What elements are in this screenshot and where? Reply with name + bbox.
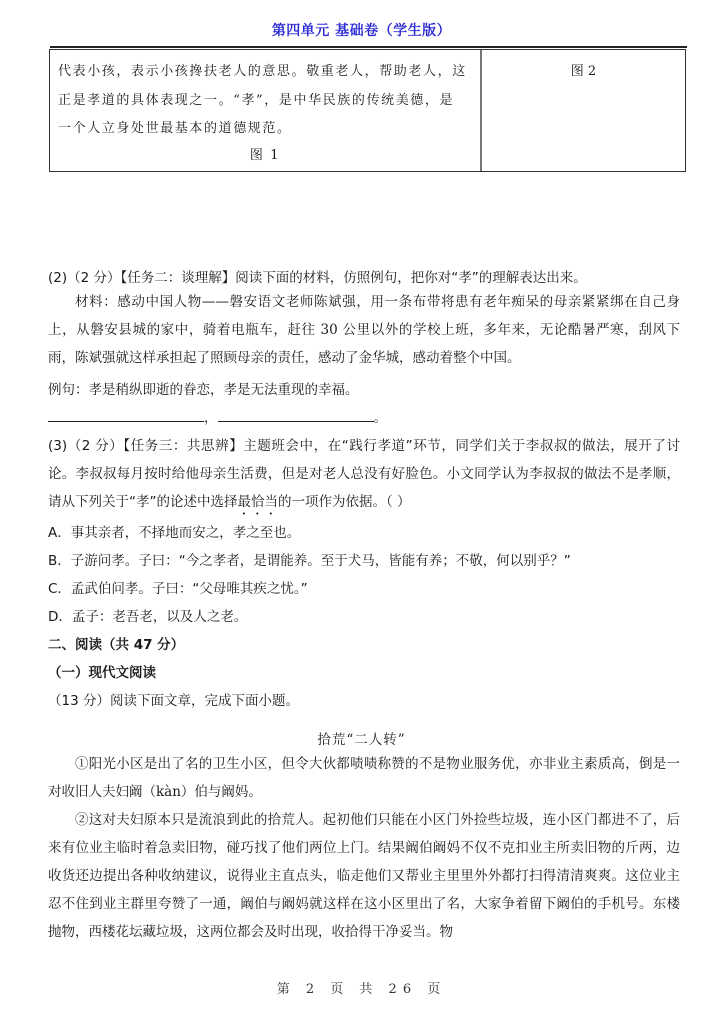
page-header-title: 第四单元 基础卷（学生版） — [0, 20, 723, 40]
section-heading: 二、阅读（共 47 分） — [48, 633, 184, 653]
answer-blank-1[interactable] — [48, 409, 204, 422]
article-paragraph-2: ②这对夫妇原本只是流浪到此的拾荒人。起初他们只能在小区门外捡些垃圾，连小区门都进… — [48, 806, 680, 946]
option-b[interactable]: B．子游问孝。子曰：“今之孝者，是谓能养。至于犬马，皆能有养；不敬，何以别乎？” — [48, 549, 571, 569]
page-footer: 第 2 页 共 26 页 — [0, 978, 723, 997]
question-3-stem: (3)（2 分）【任务三：共思辨】主题班会中，在“践行孝道”环节，同学们关于李叔… — [48, 432, 680, 518]
question-3-stem-end: 的一项作为依据。（ ） — [278, 494, 411, 510]
answer-blank-2[interactable] — [218, 409, 374, 422]
figure-1-text-line: 正是孝道的具体表现之一。“孝”，是中华民族的传统美德，是 — [58, 87, 480, 116]
figure-2-cell: 图 2 — [482, 50, 685, 171]
question-2-material: 材料：感动中国人物——磐安语文老师陈斌强，用一条布带将患有老年痴呆的母亲紧紧绑在… — [48, 288, 680, 372]
figure-1-text-line: 一个人立身处世最基本的道德规范。 — [58, 115, 480, 144]
reading-instruction: （13 分）阅读下面文章，完成下面小题。 — [48, 689, 299, 709]
figure-1-caption: 图 1 — [58, 146, 480, 166]
question-3-emphasis: 最恰当 — [238, 494, 279, 510]
option-d[interactable]: D．孟子：老吾老，以及人之老。 — [48, 605, 247, 625]
figure-table: 代表小孩，表示小孩搀扶老人的意思。敬重老人，帮助老人，这 正是孝道的具体表现之一… — [49, 49, 686, 172]
figure-1-cell: 代表小孩，表示小孩搀扶老人的意思。敬重老人，帮助老人，这 正是孝道的具体表现之一… — [50, 50, 482, 171]
question-2-example: 例句：孝是稍纵即逝的眷恋，孝是无法重现的幸福。 — [48, 378, 359, 398]
article-title: 拾荒“二人转” — [0, 728, 723, 748]
figure-2-caption: 图 2 — [571, 64, 596, 79]
article-paragraph-1: ①阳光小区是出了名的卫生小区，但令大伙都啧啧称赞的不是物业服务优，亦非业主素质高… — [48, 750, 680, 806]
option-c[interactable]: C．孟武伯问孝。子曰：“父母唯其疾之忧。” — [48, 577, 308, 597]
blank-separator: ， — [204, 410, 218, 426]
option-a[interactable]: A．事其亲者，不择地而安之，孝之至也。 — [48, 521, 300, 541]
header-divider — [50, 46, 687, 48]
blank-end-punct: 。 — [374, 410, 388, 426]
figure-1-text-line: 代表小孩，表示小孩搀扶老人的意思。敬重老人，帮助老人，这 — [58, 58, 480, 87]
question-2-stem: (2)（2 分）【任务二：谈理解】阅读下面的材料，仿照例句，把你对“孝”的理解表… — [48, 266, 587, 286]
question-2-answer-blanks: ，。 — [48, 406, 387, 426]
section-subheading: （一）现代文阅读 — [48, 661, 156, 681]
